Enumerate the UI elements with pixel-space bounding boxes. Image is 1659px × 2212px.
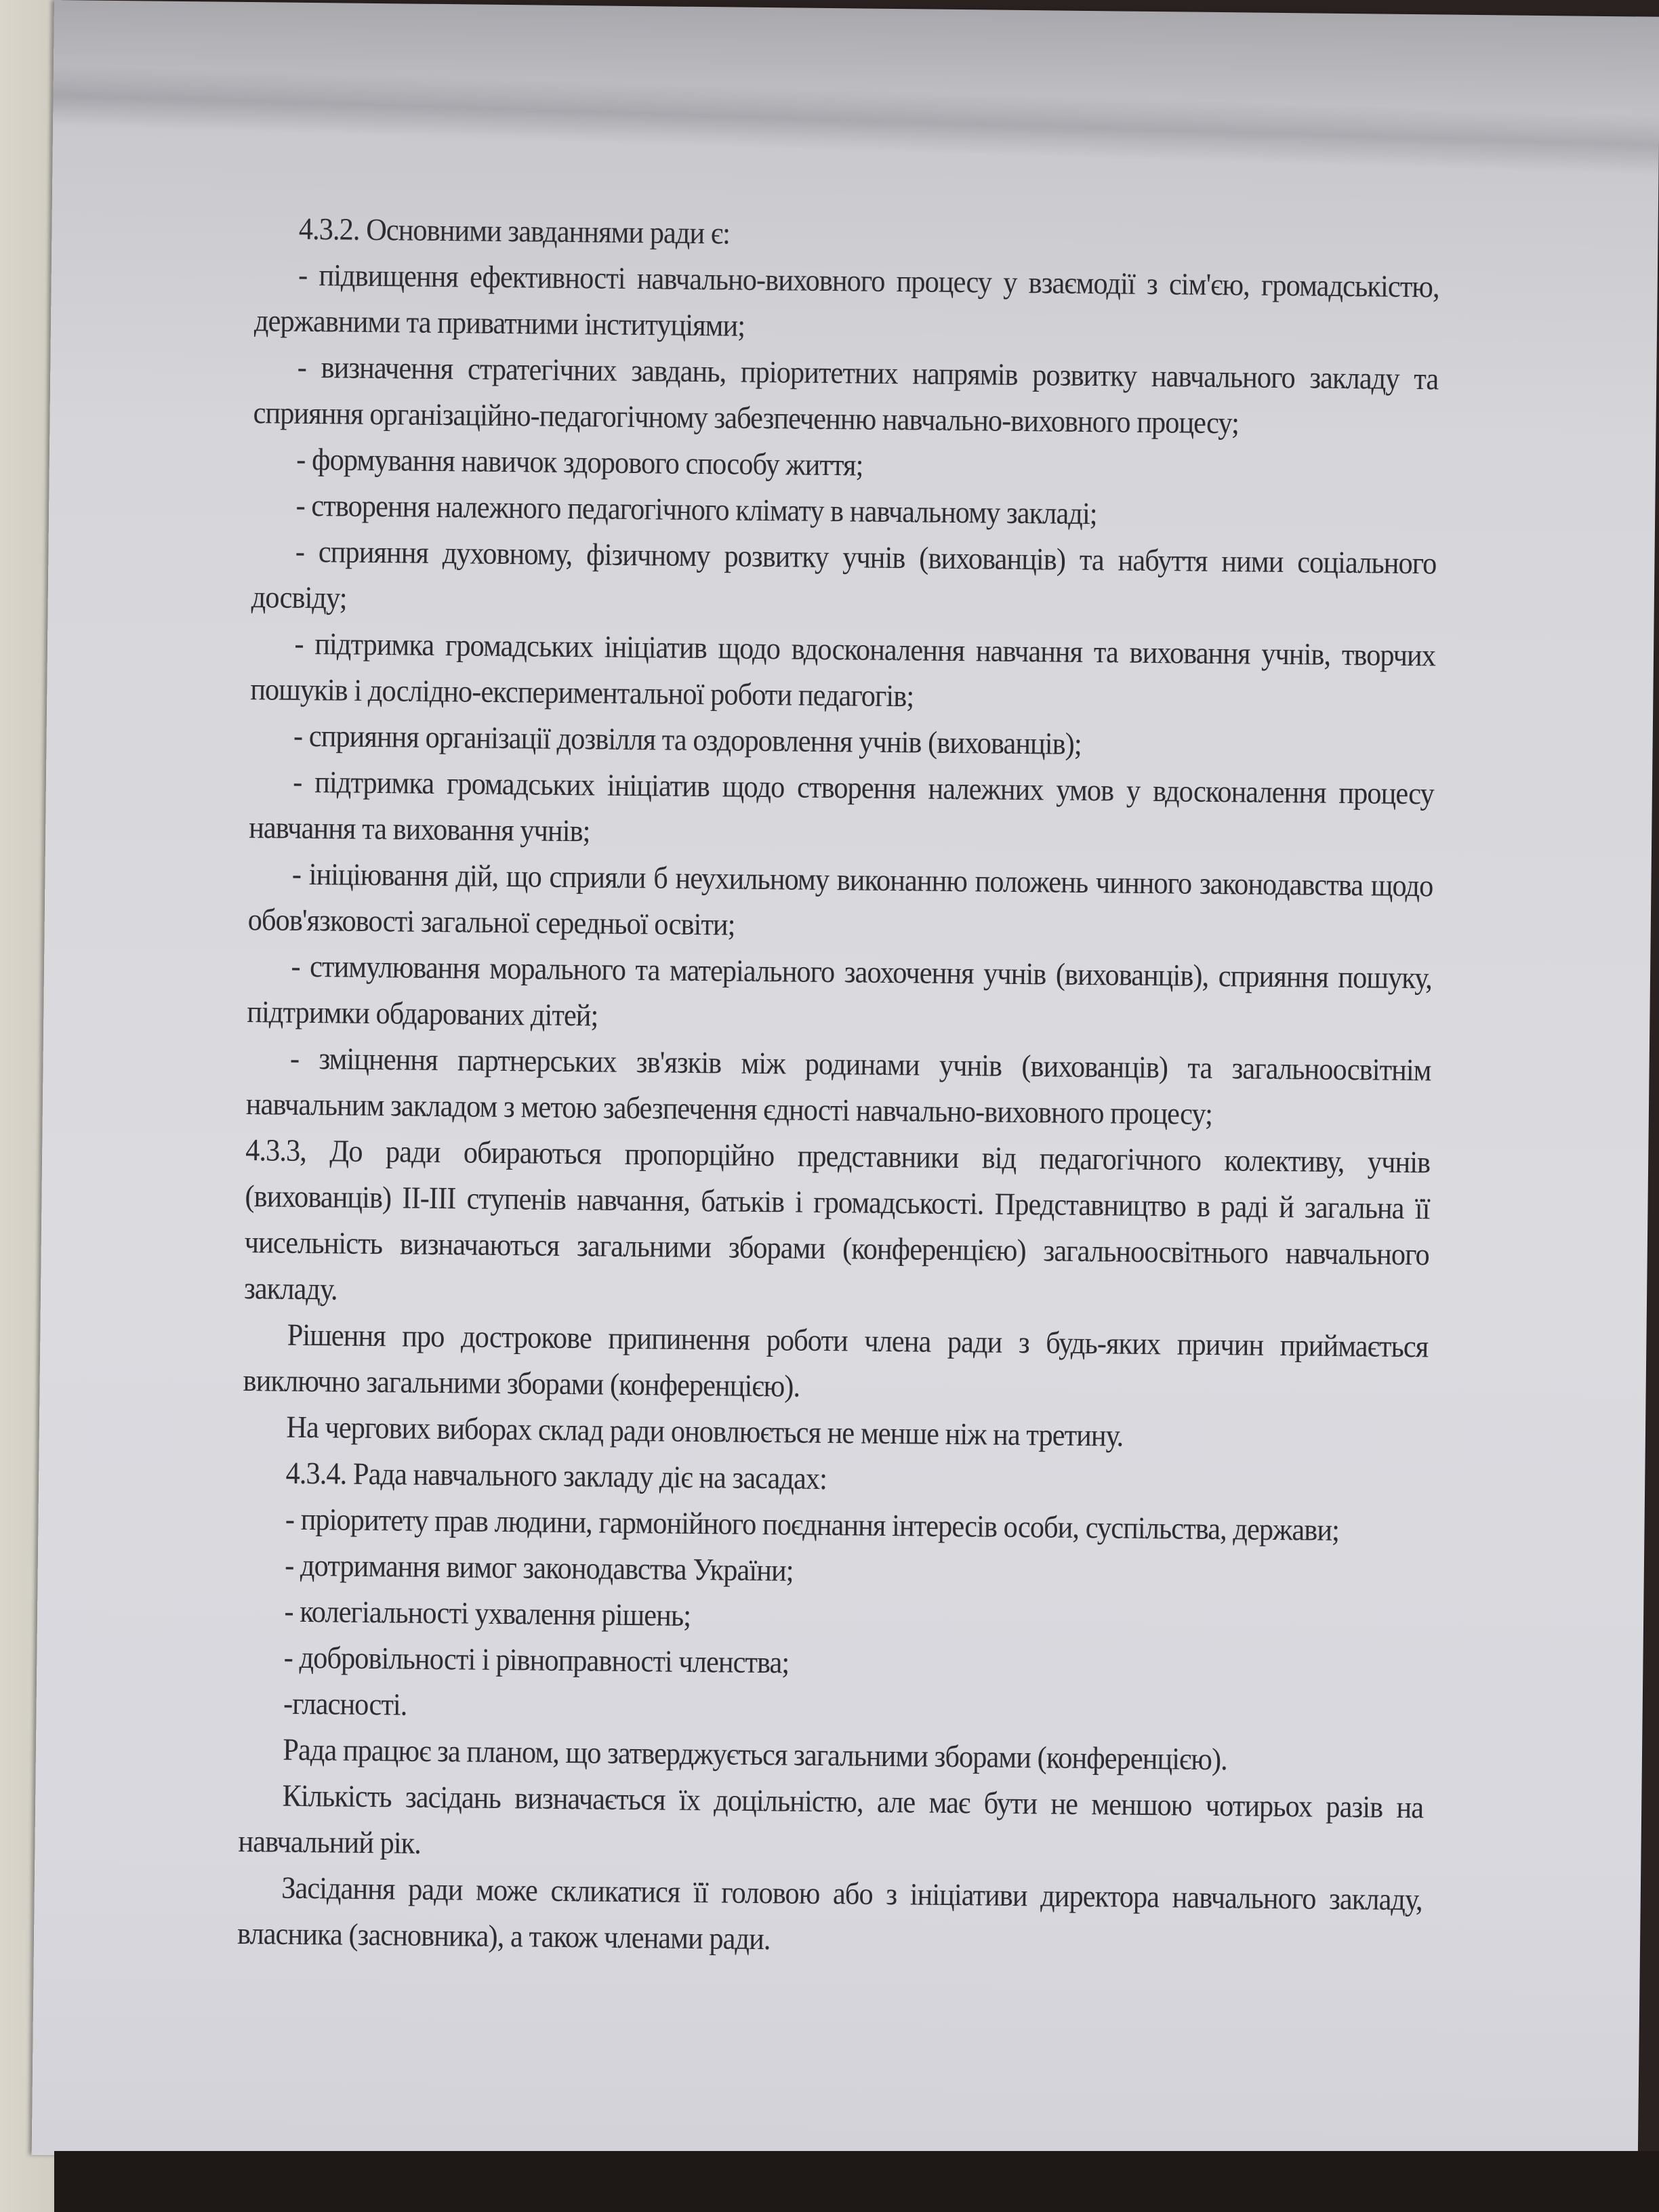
list-item: - стимулювання морального та матеріально… [247,943,1432,1047]
document-page: 4.3.2. Основними завданнями ради є: - пі… [32,0,1659,2172]
list-item: - ініціювання дій, що сприяли б неухильн… [247,851,1433,955]
list-item: - підтримка громадських ініціатив щодо в… [250,620,1435,724]
list-item: - визначення стратегічних завдань, пріор… [253,344,1438,448]
document-body: 4.3.2. Основними завданнями ради є: - пі… [237,205,1440,1969]
paragraph: Засідання ради може скликатися її голово… [237,1864,1422,1969]
list-item: - підвищення ефективності навчально-вихо… [254,251,1439,356]
paragraph: Рішення про дострокове припинення роботи… [243,1311,1428,1416]
paragraph: Кількість засідань визначається їх доціл… [238,1772,1423,1877]
table-surface [54,2151,1659,2212]
list-item: - зміцнення партнерських зв'язків між ро… [246,1035,1431,1139]
list-item: - підтримка громадських ініціатив щодо с… [249,758,1434,863]
list-item: - сприяння духовному, фізичному розвитку… [251,528,1436,632]
section-paragraph-4-3-3: 4.3.3, До ради обираються пропорційно пр… [244,1127,1431,1324]
